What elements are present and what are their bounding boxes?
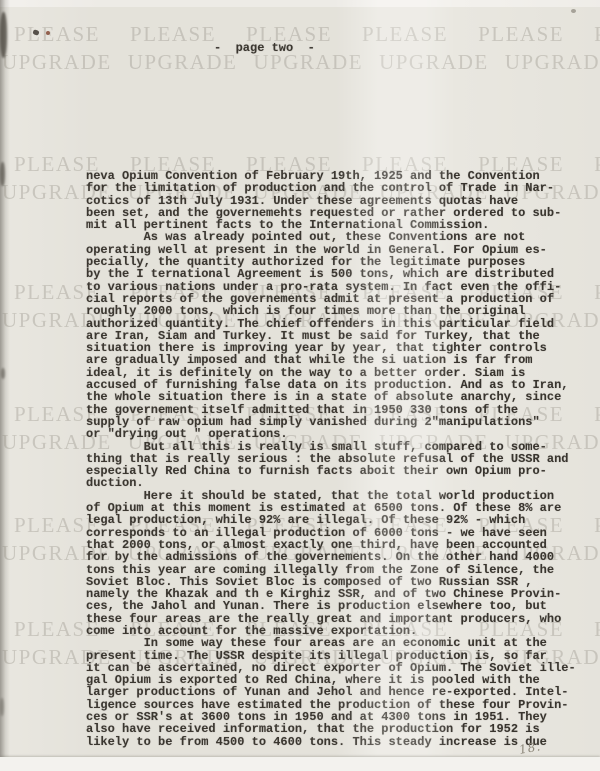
page-header: - page two -: [214, 41, 315, 55]
paragraph: But all this is really is small stuff, c…: [86, 441, 591, 490]
watermark-word: PLEASE: [594, 513, 600, 538]
watermark-word: UPGRADE: [2, 50, 112, 75]
document-body: neva Opium Convention of February 19th, …: [86, 170, 591, 748]
watermark-word: PLEASE: [478, 22, 564, 47]
paragraph: Here it should be stated, that the total…: [86, 490, 591, 638]
watermark-word: PLEASE: [594, 402, 600, 427]
watermark-word: PLEASE: [362, 22, 448, 47]
paragraph: neva Opium Convention of February 19th, …: [86, 170, 591, 231]
scan-bottom-edge: [0, 757, 600, 771]
watermark-word: UPGRADE: [505, 50, 600, 75]
watermark-word: PLEASE: [594, 152, 600, 177]
watermark-word: UPGRADE: [379, 50, 489, 75]
watermark-word: PLEASE: [130, 22, 216, 47]
paragraph: In some way these four areas are an econ…: [86, 637, 591, 748]
watermark-word: PLEASE: [14, 22, 100, 47]
paragraph: As was already pointed out, these Conven…: [86, 231, 591, 440]
watermark-word: PLEASE: [594, 22, 600, 47]
scanned-document-page: PLEASEPLEASEPLEASEPLEASEPLEASEPLEASEUPGR…: [0, 0, 600, 771]
watermark-word: PLEASE: [594, 280, 600, 305]
watermark-word: PLEASE: [594, 617, 600, 642]
